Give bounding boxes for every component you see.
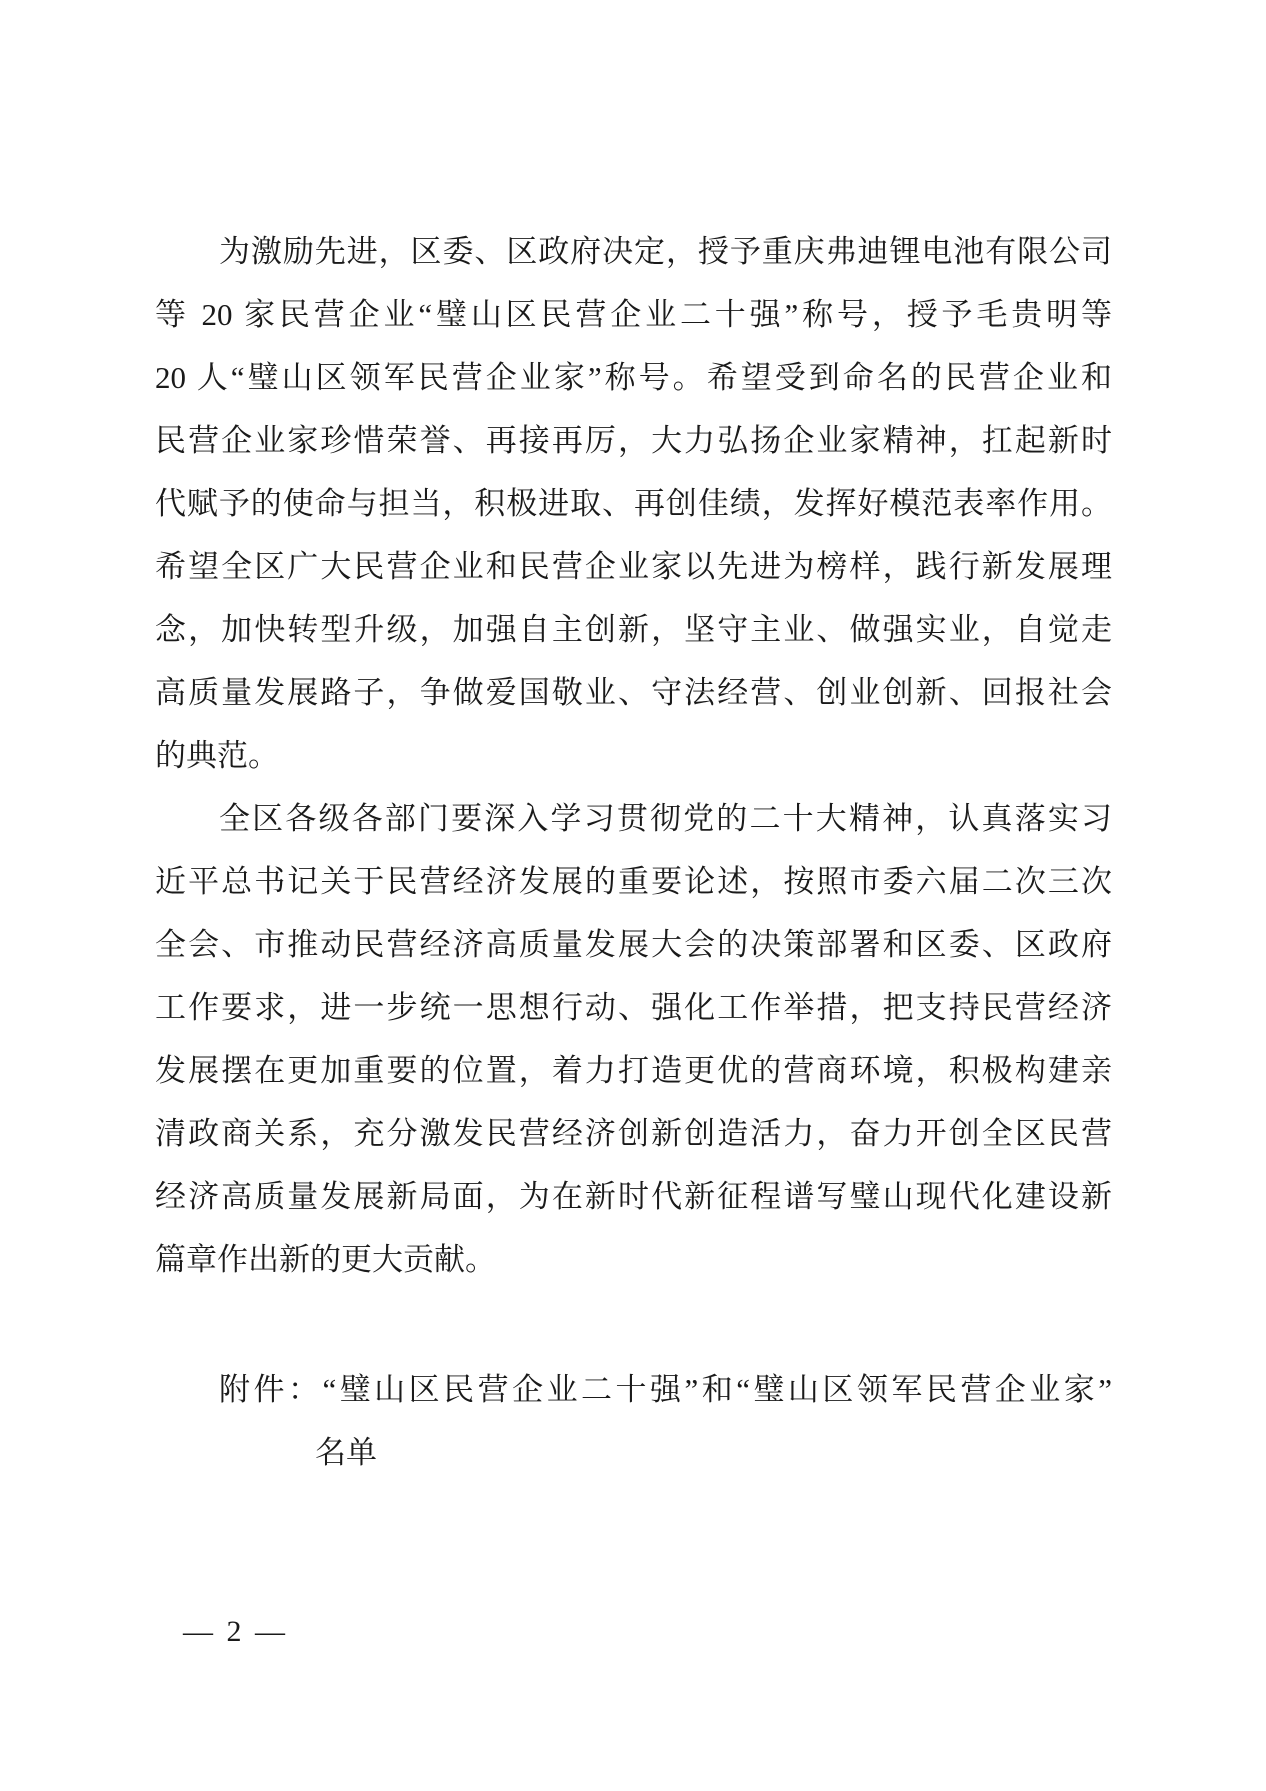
paragraph1-line: 高质量发展路子，争做爱国敬业、守法经营、创业创新、回报社会 xyxy=(155,661,1112,724)
paragraph1-line: 民营企业家珍惜荣誉、再接再厉，大力弘扬企业家精神，扛起新时 xyxy=(155,409,1112,472)
document-body: 为激励先进，区委、区政府决定，授予重庆弗迪锂电池有限公司 等 20 家民营企业“… xyxy=(155,220,1112,1484)
paragraph2-line: 篇章作出新的更大贡献。 xyxy=(155,1228,1112,1291)
paragraph1-line: 希望全区广大民营企业和民营企业家以先进为榜样，践行新发展理 xyxy=(155,535,1112,598)
paragraph1-line: 20 人“璧山区领军民营企业家”称号。希望受到命名的民营企业和 xyxy=(155,346,1112,409)
paragraph2-line: 经济高质量发展新局面，为在新时代新征程谱写璧山现代化建设新 xyxy=(155,1165,1112,1228)
paragraph2-line: 近平总书记关于民营经济发展的重要论述，按照市委六届二次三次 xyxy=(155,850,1112,913)
attachment-title-continuation: 名单 xyxy=(155,1421,1112,1484)
paragraph1-line: 为激励先进，区委、区政府决定，授予重庆弗迪锂电池有限公司 xyxy=(155,220,1112,283)
paragraph1-line: 念，加快转型升级，加强自主创新，坚守主业、做强实业，自觉走 xyxy=(155,598,1112,661)
paragraph2-line: 工作要求，进一步统一思想行动、强化工作举措，把支持民营经济 xyxy=(155,976,1112,1039)
paragraph1-line: 代赋予的使命与担当，积极进取、再创佳绩，发挥好模范表率作用。 xyxy=(155,472,1112,535)
attachment-label: 附件： xyxy=(219,1372,322,1407)
page-number: — 2 — xyxy=(183,1608,288,1656)
document-page: 为激励先进，区委、区政府决定，授予重庆弗迪锂电池有限公司 等 20 家民营企业“… xyxy=(0,0,1266,1791)
blank-gap xyxy=(155,1291,1112,1358)
paragraph1-line: 等 20 家民营企业“璧山区民营企业二十强”称号，授予毛贵明等 xyxy=(155,283,1112,346)
attachment-title: “璧山区民营企业二十强”和“璧山区领军民营企业家” xyxy=(322,1372,1112,1407)
paragraph2-line: 全会、市推动民营经济高质量发展大会的决策部署和区委、区政府 xyxy=(155,913,1112,976)
paragraph2-line: 清政商关系，充分激发民营经济创新创造活力，奋力开创全区民营 xyxy=(155,1102,1112,1165)
paragraph2-line: 全区各级各部门要深入学习贯彻党的二十大精神，认真落实习 xyxy=(155,787,1112,850)
attachment-line: 附件：“璧山区民营企业二十强”和“璧山区领军民营企业家” xyxy=(155,1358,1112,1421)
paragraph1-line: 的典范。 xyxy=(155,724,1112,787)
paragraph2-line: 发展摆在更加重要的位置，着力打造更优的营商环境，积极构建亲 xyxy=(155,1039,1112,1102)
